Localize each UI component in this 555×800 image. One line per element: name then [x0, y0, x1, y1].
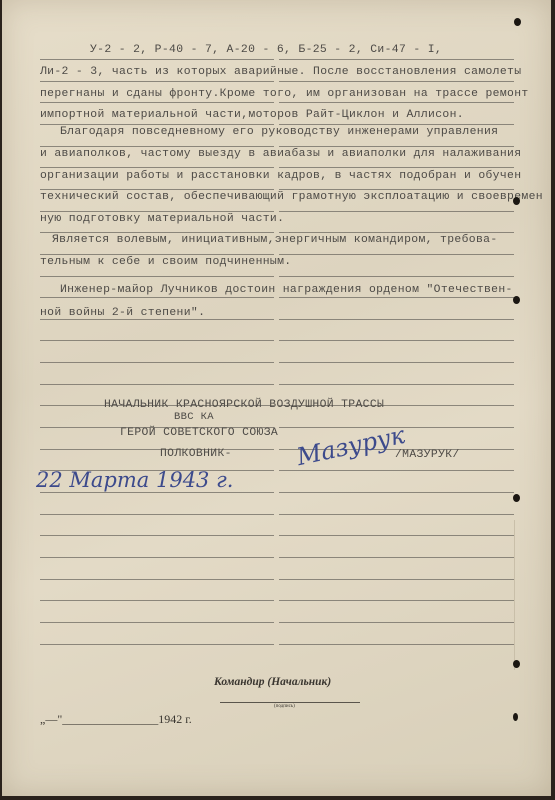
- ruled-line: [40, 492, 274, 493]
- punch-hole: [513, 296, 520, 304]
- ruled-line: [40, 362, 274, 363]
- ruled-line: [279, 167, 514, 168]
- signer-hero-title: ГЕРОЙ СОВЕТСКОГО СОЮЗА: [120, 427, 278, 439]
- signature-line: [220, 702, 360, 703]
- body-line-10: Является волевым, инициативным,энергичны…: [52, 234, 498, 246]
- ruled-line: [279, 319, 514, 320]
- punch-hole: [513, 713, 518, 721]
- ruled-line: [40, 535, 274, 536]
- ruled-line: [279, 254, 514, 255]
- body-line-3: перегнаны и сданы фронту.Кроме того, им …: [40, 88, 529, 100]
- handwritten-date: 22 Марта 1943 г.: [36, 468, 233, 492]
- ruled-line: [279, 557, 514, 558]
- ruled-line: [40, 124, 274, 125]
- ruled-line: [40, 276, 274, 277]
- ruled-line: [40, 102, 274, 103]
- ruled-line: [40, 167, 274, 168]
- ruled-line: [40, 557, 274, 558]
- ruled-line: [40, 600, 274, 601]
- ruled-line: [40, 622, 274, 623]
- ruled-line: [279, 492, 514, 493]
- body-line-6: и авиаполков, частому выезду в авиабазы …: [40, 148, 521, 160]
- ruled-line: [40, 146, 274, 147]
- ruled-line: [279, 59, 514, 60]
- ruled-line: [279, 189, 514, 190]
- ruled-line: [279, 146, 514, 147]
- signer-title-sub: ВВС КА: [174, 411, 214, 423]
- ruled-line: [40, 449, 274, 450]
- body-line-8: технический состав, обеспечивающий грамо…: [40, 191, 543, 203]
- ruled-line: [279, 579, 514, 580]
- ruled-line: [40, 81, 274, 82]
- punch-hole: [513, 660, 520, 668]
- punch-hole: [513, 197, 520, 205]
- ruled-line: [279, 276, 514, 277]
- ruled-line: [279, 211, 514, 212]
- punch-hole: [513, 494, 520, 502]
- body-line-7: организации работы и расстановки кадров,…: [40, 170, 521, 182]
- signature: Мазурук: [294, 421, 407, 471]
- ruled-line: [40, 189, 274, 190]
- margin-line: [514, 520, 515, 670]
- ruled-line: [279, 232, 514, 233]
- ruled-line: [279, 340, 514, 341]
- ruled-line: [40, 644, 274, 645]
- footer-date-template: „—"________________1942 г.: [40, 712, 192, 727]
- body-line-9: ную подготовку материальной части.: [40, 213, 284, 225]
- ruled-line: [40, 384, 274, 385]
- ruled-line: [40, 579, 274, 580]
- signer-rank: ПОЛКОВНИК-: [160, 448, 232, 460]
- ruled-line: [279, 124, 514, 125]
- body-line-11: тельным к себе и своим подчиненным.: [40, 256, 292, 268]
- ruled-line: [279, 644, 514, 645]
- body-line-12: Инженер-майор Лучников достоин награжден…: [60, 284, 513, 296]
- body-line-5: Благодаря повседневному его руководству …: [60, 126, 498, 138]
- signature-caption: (подпись): [274, 704, 295, 709]
- ruled-line: [40, 319, 274, 320]
- ruled-line: [279, 470, 514, 471]
- punch-hole: [514, 18, 521, 26]
- ruled-line: [279, 297, 514, 298]
- body-line-2: Ли-2 - 3, часть из которых аварийные. По…: [40, 66, 521, 78]
- ruled-line: [40, 59, 274, 60]
- ruled-line: [40, 514, 274, 515]
- ruled-line: [279, 622, 514, 623]
- ruled-line: [279, 514, 514, 515]
- ruled-line: [279, 81, 514, 82]
- body-line-4: импортной материальной части,моторов Рай…: [40, 109, 464, 121]
- ruled-line: [279, 535, 514, 536]
- signer-title: НАЧАЛЬНИК КРАСНОЯРСКОЙ ВОЗДУШНОЙ ТРАССЫ: [104, 399, 384, 411]
- signer-name: /МАЗУРУК/: [395, 449, 460, 461]
- commander-label: Командир (Начальник): [214, 676, 331, 688]
- ruled-line: [279, 384, 514, 385]
- ruled-line: [40, 297, 274, 298]
- ruled-line: [40, 254, 274, 255]
- ruled-line: [40, 340, 274, 341]
- ruled-line: [40, 211, 274, 212]
- body-line-1: У-2 - 2, Р-40 - 7, А-20 - 6, Б-25 - 2, С…: [90, 44, 442, 56]
- document-page: У-2 - 2, Р-40 - 7, А-20 - 6, Б-25 - 2, С…: [2, 0, 551, 796]
- ruled-line: [279, 362, 514, 363]
- ruled-line: [279, 102, 514, 103]
- ruled-line: [40, 232, 274, 233]
- body-line-13: ной войны 2-й степени".: [40, 307, 205, 319]
- ruled-line: [279, 600, 514, 601]
